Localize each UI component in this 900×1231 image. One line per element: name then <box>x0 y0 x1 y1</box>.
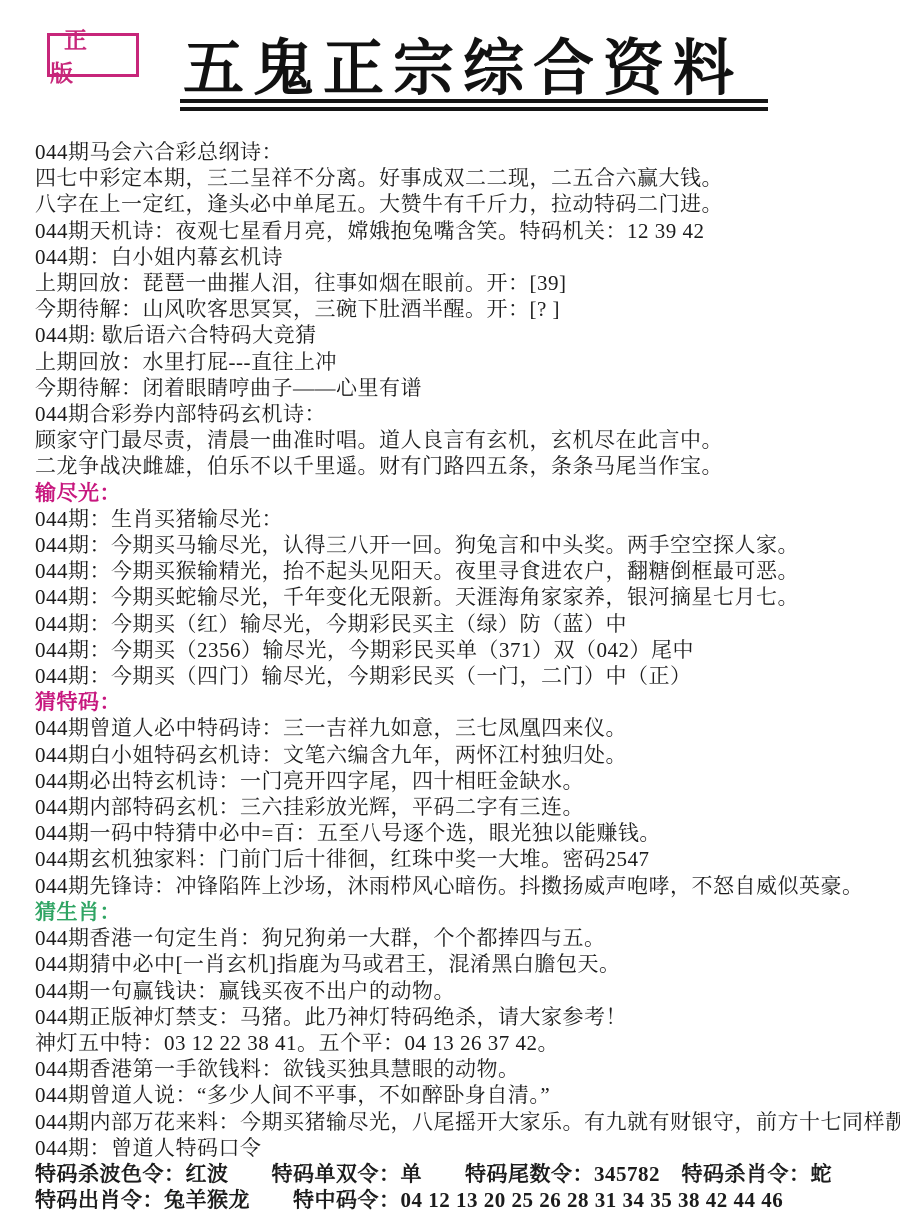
page-title: 五鬼正宗综合资料 <box>183 20 743 107</box>
text-line: 044期必出特玄机诗：一门亮开四字尾，四十相旺金缺水。 <box>35 768 895 794</box>
text-line: 044期猜中必中[一肖玄机]指鹿为马或君王，混淆黑白膽包天。 <box>35 951 895 977</box>
text-line: 输尽光： <box>35 480 895 506</box>
text-line: 上期回放：琵琶一曲摧人泪，往事如烟在眼前。开：[39] <box>35 270 895 296</box>
genuine-badge: 正版 <box>47 33 139 77</box>
text-line: 044期：今期买（红）输尽光，今期彩民买主（绿）防（蓝）中 <box>35 611 895 637</box>
text-line: 044期：生肖买猪输尽光： <box>35 506 895 532</box>
underline-bar-bottom <box>180 107 768 111</box>
text-line: 044期：曾道人特码口令 <box>35 1135 895 1161</box>
text-line: 044期马会六合彩总纲诗： <box>35 139 895 165</box>
text-line: 044期内部特码玄机：三六挂彩放光辉，平码二字有三连。 <box>35 794 895 820</box>
text-line: 上期回放：水里打屁---直往上冲 <box>35 349 895 375</box>
text-line: 今期待解：闭着眼睛哼曲子——心里有谱 <box>35 375 895 401</box>
text-line: 044期一句赢钱诀：赢钱买夜不出户的动物。 <box>35 978 895 1004</box>
underline-bar-top <box>180 99 768 103</box>
text-line: 044期正版神灯禁支：马猪。此乃神灯特码绝杀，请大家参考！ <box>35 1004 895 1030</box>
text-line: 044期：今期买（四门）输尽光，今期彩民买（一门，二门）中（正） <box>35 663 895 689</box>
text-line: 044期: 歇后语六合特码大竞猜 <box>35 322 895 348</box>
text-line: 044期香港第一手欲钱料：欲钱买独具慧眼的动物。 <box>35 1056 895 1082</box>
text-line: 神灯五中特：03 12 22 38 41。五个平：04 13 26 37 42。 <box>35 1030 895 1056</box>
text-line: 特码杀波色令：红波 特码单双令：单 特码尾数令：345782 特码杀肖令：蛇 <box>35 1161 895 1187</box>
text-line: 特码出肖令：兔羊猴龙 特中码令：04 12 13 20 25 26 28 31 … <box>35 1187 895 1213</box>
text-line: 044期内部万花来料：今期买猪输尽光，八尾摇开大家乐。有九就有财银守，前方十七同… <box>35 1109 895 1135</box>
text-line: 044期：今期买马输尽光，认得三八开一回。狗兔言和中头奖。两手空空探人家。 <box>35 532 895 558</box>
text-line: 044期白小姐特码玄机诗：文笔六编含九年，两怀江村独归处。 <box>35 742 895 768</box>
text-line: 今期待解：山风吹客思冥冥，三碗下肚酒半醒。开：[? ] <box>35 296 895 322</box>
text-line: 044期：今期买蛇输尽光，千年变化无限新。天涯海角家家养，银河摘星七月七。 <box>35 584 895 610</box>
text-line: 044期合彩券内部特码玄机诗： <box>35 401 895 427</box>
text-line: 044期一码中特猜中必中=百：五至八号逐个选，眼光独以能赚钱。 <box>35 820 895 846</box>
text-line: 二龙争战决雌雄，伯乐不以千里遥。财有门路四五条，条条马尾当作宝。 <box>35 453 895 479</box>
text-line: 猜特码： <box>35 689 895 715</box>
title-underline <box>180 99 768 115</box>
text-line: 044期先锋诗：冲锋陷阵上沙场，沐雨栉风心暗伤。抖擞扬威声咆哮，不怒自威似英豪。 <box>35 873 895 899</box>
text-line: 顾家守门最尽责，清晨一曲准时唱。道人良言有玄机，玄机尽在此言中。 <box>35 427 895 453</box>
text-line: 猜生肖： <box>35 899 895 925</box>
text-line: 044期：今期买猴输精光，抬不起头见阳天。夜里寻食进农户，翻糖倒框最可恶。 <box>35 558 895 584</box>
text-line: 八字在上一定红，逢头必中单尾五。大赞牛有千斤力，拉动特码二门进。 <box>35 191 895 217</box>
text-line: 044期玄机独家料：门前门后十徘徊，红珠中奖一大堆。密码2547 <box>35 846 895 872</box>
text-line: 044期天机诗：夜观七星看月亮，嫦娥抱兔嘴含笑。特码机关：12 39 42 <box>35 218 895 244</box>
text-line: 044期香港一句定生肖：狗兄狗弟一大群，个个都捧四与五。 <box>35 925 895 951</box>
text-line: 四七中彩定本期，三二呈祥不分离。好事成双二二现，二五合六赢大钱。 <box>35 165 895 191</box>
content-lines: 044期马会六合彩总纲诗：四七中彩定本期，三二呈祥不分离。好事成双二二现，二五合… <box>35 139 895 1213</box>
text-line: 044期：白小姐内幕玄机诗 <box>35 244 895 270</box>
text-line: 044期：今期买（2356）输尽光，今期彩民买单（371）双（042）尾中 <box>35 637 895 663</box>
text-line: 044期曾道人必中特码诗：三一吉祥九如意，三七凤凰四来仪。 <box>35 715 895 741</box>
text-line: 044期曾道人说：“多少人间不平事，不如醉卧身自清。” <box>35 1082 895 1108</box>
